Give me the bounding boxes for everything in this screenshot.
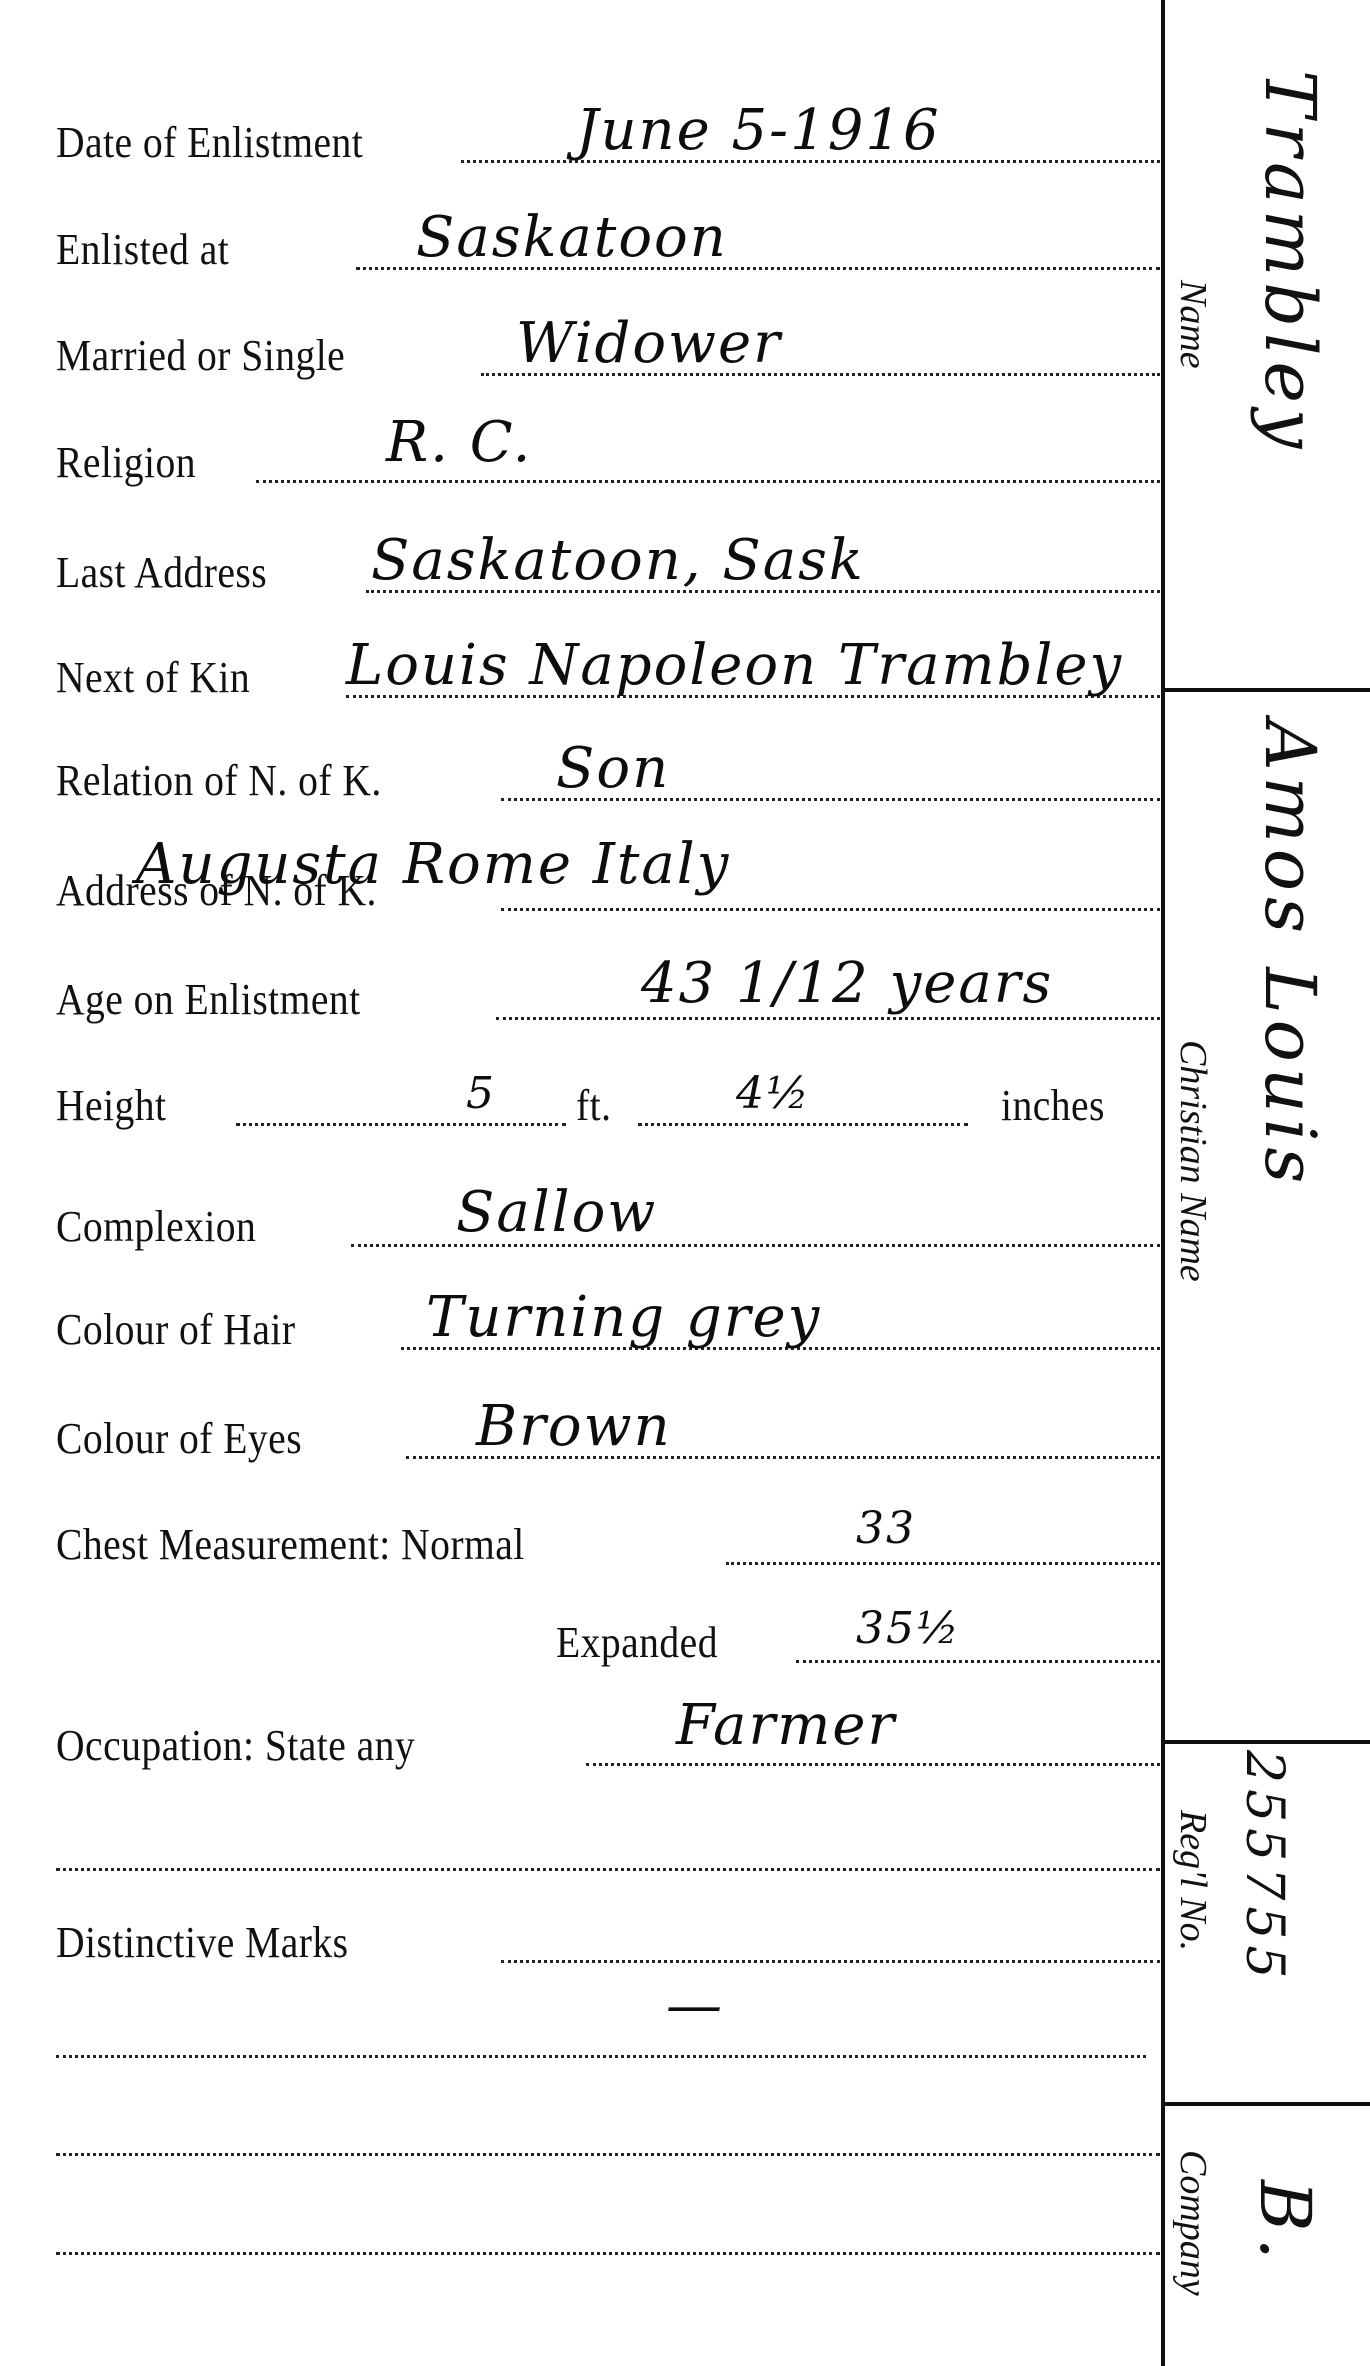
dotted-line-inches — [638, 1123, 968, 1126]
field-label: Date of Enlistment — [56, 121, 363, 165]
field-label: Next of Kin — [56, 656, 250, 700]
field-relation-of-next-of-kin: Relation of N. of K. Son — [56, 743, 1156, 803]
dotted-line — [501, 908, 1160, 911]
field-label: Height — [56, 1084, 166, 1128]
field-label: Religion — [56, 441, 196, 485]
regl-no-value[interactable]: 255755 — [1238, 1750, 1290, 1985]
field-age-on-enlistment: Age on Enlistment 43 1/12 years — [56, 962, 1156, 1022]
field-label: Distinctive Marks — [56, 1921, 349, 1965]
field-occupation-continued — [56, 1813, 1156, 1873]
field-distinctive-marks-line-2: — — [56, 2000, 1146, 2060]
field-value[interactable]: Augusta Rome Italy — [136, 837, 730, 893]
name-value[interactable]: Trambley — [1255, 70, 1325, 454]
field-value[interactable]: Son — [556, 741, 670, 797]
sidebar-divider-christian-name — [1163, 1740, 1370, 1744]
field-label: Age on Enlistment — [56, 978, 361, 1022]
dotted-line — [56, 2055, 1146, 2058]
dotted-line — [796, 1660, 1160, 1663]
regl-no-label: Reg'l No. — [1174, 1810, 1212, 1951]
field-value[interactable]: Sallow — [456, 1185, 657, 1241]
field-complexion: Complexion Sallow — [56, 1189, 1156, 1249]
field-label: Last Address — [56, 551, 267, 595]
field-occupation: Occupation: State any Farmer — [56, 1708, 1156, 1768]
field-chest-expanded: Expanded 35½ — [56, 1605, 1156, 1665]
field-value[interactable]: Turning grey — [426, 1290, 821, 1346]
field-last-address: Last Address Saskatoon, Sask — [56, 535, 1156, 595]
sidebar-divider-name — [1163, 688, 1370, 692]
field-value[interactable]: 33 — [856, 1507, 916, 1551]
field-label: Complexion — [56, 1205, 256, 1249]
field-value[interactable]: — — [666, 1978, 724, 2034]
christian-name-value[interactable]: Amos Louis — [1255, 720, 1325, 1189]
height-inches-value[interactable]: 4½ — [736, 1072, 811, 1116]
dotted-line — [501, 1960, 1160, 1963]
field-colour-of-eyes: Colour of Eyes Brown — [56, 1401, 1156, 1461]
field-distinctive-marks-line-3 — [56, 2098, 1156, 2158]
dotted-line-feet — [236, 1123, 566, 1126]
field-value[interactable]: June 5-1916 — [576, 103, 941, 159]
field-colour-of-hair: Colour of Hair Turning grey — [56, 1292, 1156, 1352]
field-label: Colour of Hair — [56, 1308, 295, 1352]
height-feet-value[interactable]: 5 — [466, 1072, 496, 1116]
field-chest-normal: Chest Measurement: Normal 33 — [56, 1507, 1156, 1567]
dotted-line — [256, 480, 1160, 483]
feet-unit-label: ft. — [576, 1084, 611, 1128]
field-value[interactable]: Saskatoon — [416, 210, 728, 266]
field-value[interactable]: Louis Napoleon Trambley — [346, 638, 1123, 694]
field-next-of-kin: Next of Kin Louis Napoleon Trambley — [56, 640, 1156, 700]
field-value[interactable]: Saskatoon, Sask — [371, 533, 865, 589]
dotted-line — [56, 2252, 1160, 2255]
field-enlisted-at: Enlisted at Saskatoon — [56, 212, 1156, 272]
field-label: Relation of N. of K. — [56, 759, 382, 803]
field-value[interactable]: Widower — [516, 316, 782, 372]
sidebar-divider-regl-no — [1163, 2102, 1370, 2106]
field-label: Colour of Eyes — [56, 1417, 302, 1461]
company-label: Company — [1174, 2150, 1212, 2296]
field-label: Enlisted at — [56, 228, 229, 272]
company-value[interactable]: B. — [1250, 2180, 1320, 2266]
sidebar-divider-vertical — [1161, 0, 1165, 2366]
field-date-of-enlistment: Date of Enlistment June 5-1916 — [56, 105, 1156, 165]
field-value[interactable]: Farmer — [676, 1698, 896, 1754]
field-label: Occupation: State any — [56, 1724, 415, 1768]
field-distinctive-marks-line-4 — [56, 2197, 1156, 2257]
field-value[interactable]: R. C. — [386, 415, 532, 471]
field-label: Chest Measurement: Normal — [56, 1523, 525, 1567]
field-value[interactable]: Brown — [476, 1399, 672, 1455]
dotted-line — [726, 1562, 1160, 1565]
name-label: Name — [1174, 280, 1212, 369]
dotted-line — [56, 1868, 1160, 1871]
dotted-line — [56, 2153, 1160, 2156]
field-label: Married or Single — [56, 334, 345, 378]
field-value[interactable]: 43 1/12 years — [641, 956, 1053, 1012]
christian-name-label: Christian Name — [1174, 1040, 1212, 1282]
field-value[interactable]: 35½ — [856, 1607, 961, 1651]
dotted-line — [496, 1017, 1160, 1020]
field-married-or-single: Married or Single Widower — [56, 318, 1156, 378]
field-address-of-next-of-kin: Address of N. of K. Augusta Rome Italy — [56, 853, 1156, 913]
field-religion: Religion R. C. — [56, 425, 1156, 485]
field-distinctive-marks: Distinctive Marks — [56, 1905, 1156, 1965]
dotted-line — [586, 1763, 1160, 1766]
inches-unit-label: inches — [1001, 1084, 1105, 1128]
field-height: Height 5 ft. 4½ inches — [56, 1068, 1156, 1128]
field-label: Expanded — [556, 1621, 718, 1665]
